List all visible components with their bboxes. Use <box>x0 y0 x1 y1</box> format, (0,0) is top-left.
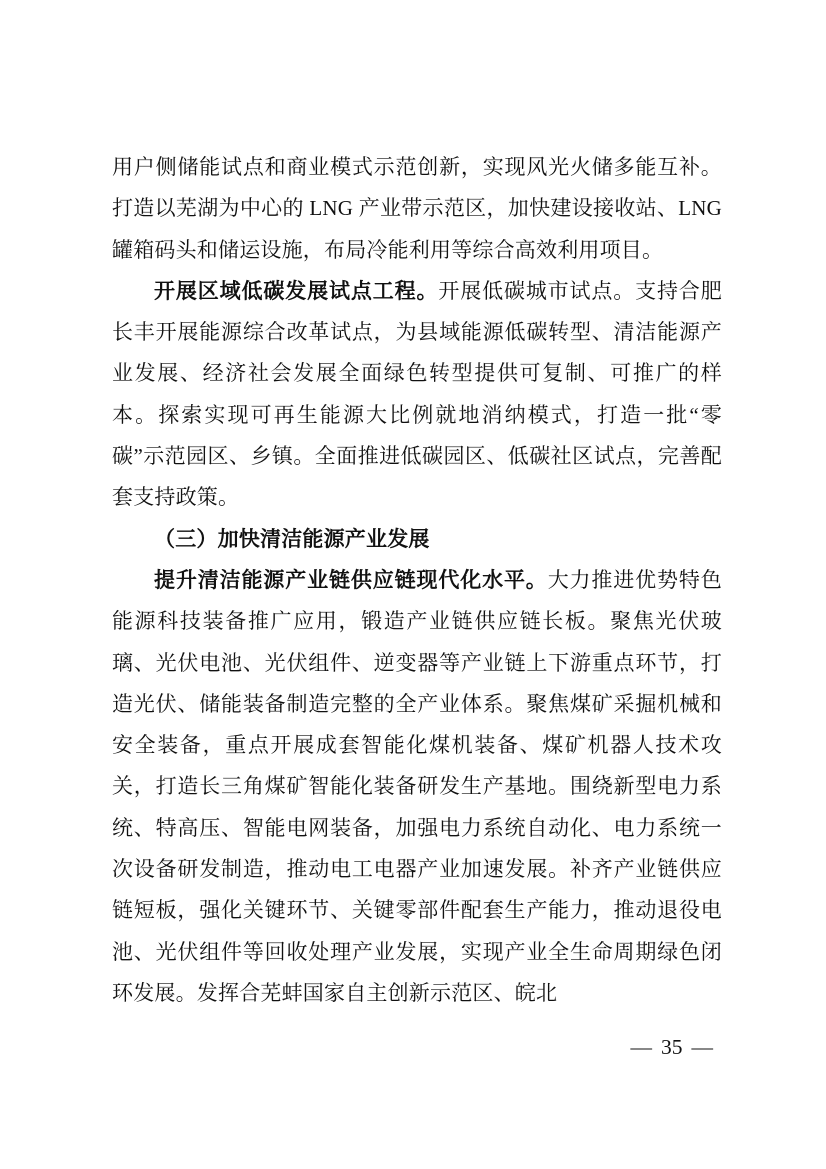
paragraph-clean-energy-industry: 提升清洁能源产业链供应链现代化水平。大力推进优势特色能源科技装备推广应用，锻造产… <box>112 560 722 1014</box>
page-number: —35— <box>622 1033 723 1061</box>
paragraph-lead-bold: 提升清洁能源产业链供应链现代化水平。 <box>154 568 548 592</box>
page-number-value: 35 <box>661 1033 683 1061</box>
document-page: 用户侧储能试点和商业模式示范创新，实现风光火储多能互补。打造以芜湖为中心的 LN… <box>0 0 826 1169</box>
paragraph-continuation: 用户侧储能试点和商业模式示范创新，实现风光火储多能互补。打造以芜湖为中心的 LN… <box>112 147 722 271</box>
paragraph-lead-bold: 开展区域低碳发展试点工程。 <box>154 279 438 303</box>
section-heading: （三）加快清洁能源产业发展 <box>112 519 722 560</box>
paragraph-text: 开展低碳城市试点。支持合肥长丰开展能源综合改革试点，为县域能源低碳转型、清洁能源… <box>112 279 722 509</box>
page-number-dash-right: — <box>692 1033 714 1061</box>
paragraph-text: 大力推进优势特色能源科技装备推广应用，锻造产业链供应链长板。聚焦光伏玻璃、光伏电… <box>112 568 722 1005</box>
document-body: 用户侧储能试点和商业模式示范创新，实现风光火储多能互补。打造以芜湖为中心的 LN… <box>112 147 722 1014</box>
paragraph-low-carbon-pilot: 开展区域低碳发展试点工程。开展低碳城市试点。支持合肥长丰开展能源综合改革试点，为… <box>112 271 722 519</box>
page-number-dash-left: — <box>631 1033 653 1061</box>
section-heading-text: （三）加快清洁能源产业发展 <box>154 527 430 551</box>
paragraph-text: 用户侧储能试点和商业模式示范创新，实现风光火储多能互补。打造以芜湖为中心的 LN… <box>112 155 722 262</box>
